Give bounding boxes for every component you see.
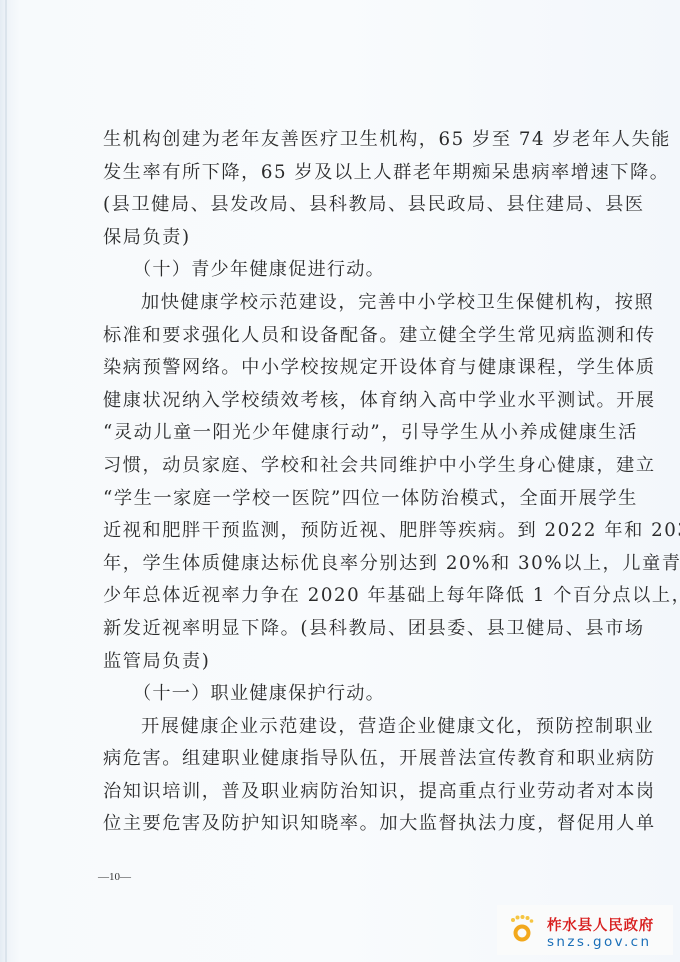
site-watermark: 柞水县人民政府 snzs.gov.cn	[497, 905, 673, 955]
text-line: 位主要危害及防护知识知晓率。加大监督执法力度，督促用人单	[103, 808, 603, 841]
text-line: (县卫健局、县发改局、县科教局、县民政局、县住建局、县医	[103, 189, 603, 222]
text-line: 病危害。组建职业健康指导队伍，开展普法宣传教育和职业病防	[103, 743, 603, 776]
document-page: 生机构创建为老年友善医疗卫生机构，65 岁至 74 岁老年人失能 发生率有所下降…	[0, 0, 680, 962]
text-line: 染病预警网络。中小学校按规定开设体育与健康课程，学生体质	[103, 352, 603, 385]
text-line: 年，学生体质健康达标优良率分别达到 20%和 30%以上，儿童青	[103, 548, 603, 581]
text-line: 习惯，动员家庭、学校和社会共同维护中小学生身心健康，建立	[103, 450, 603, 483]
text-line: 健康状况纳入学校绩效考核，体育纳入高中学业水平测试。开展	[103, 385, 603, 418]
text-line: 少年总体近视率力争在 2020 年基础上每年降低 1 个百分点以上，	[103, 580, 603, 613]
page-edge-shadow	[5, 0, 7, 962]
section-heading-10: （十）青少年健康促进行动。	[103, 254, 603, 287]
document-body: 生机构创建为老年友善医疗卫生机构，65 岁至 74 岁老年人失能 发生率有所下降…	[103, 124, 603, 841]
text-line: 近视和肥胖干预监测，预防近视、肥胖等疾病。到 2022 年和 2030	[103, 515, 603, 548]
watermark-title: 柞水县人民政府	[547, 914, 654, 935]
text-line: 保局负责)	[103, 222, 603, 255]
text-line: “灵动儿童一阳光少年健康行动”，引导学生从小养成健康生活	[103, 417, 603, 450]
text-line: 生机构创建为老年友善医疗卫生机构，65 岁至 74 岁老年人失能	[103, 124, 603, 157]
section-heading-11: （十一）职业健康保护行动。	[103, 678, 603, 711]
page-number: —10—	[98, 871, 131, 883]
paragraph-start: 加快健康学校示范建设，完善中小学校卫生保健机构，按照	[103, 287, 603, 320]
sun-paw-logo-icon	[510, 915, 534, 943]
text-line: 标准和要求强化人员和设备配备。建立健全学生常见病监测和传	[103, 320, 603, 353]
text-line: 监管局负责)	[103, 646, 603, 679]
text-line: 发生率有所下降，65 岁及以上人群老年期痴呆患病率增速下降。	[103, 157, 603, 190]
text-line: 新发近视率明显下降。(县科教局、团县委、县卫健局、县市场	[103, 613, 603, 646]
text-line: “学生一家庭一学校一医院”四位一体防治模式，全面开展学生	[103, 483, 603, 516]
paragraph-start: 开展健康企业示范建设，营造企业健康文化，预防控制职业	[103, 711, 603, 744]
text-line: 治知识培训，普及职业病防治知识，提高重点行业劳动者对本岗	[103, 776, 603, 809]
watermark-url: snzs.gov.cn	[547, 934, 651, 950]
